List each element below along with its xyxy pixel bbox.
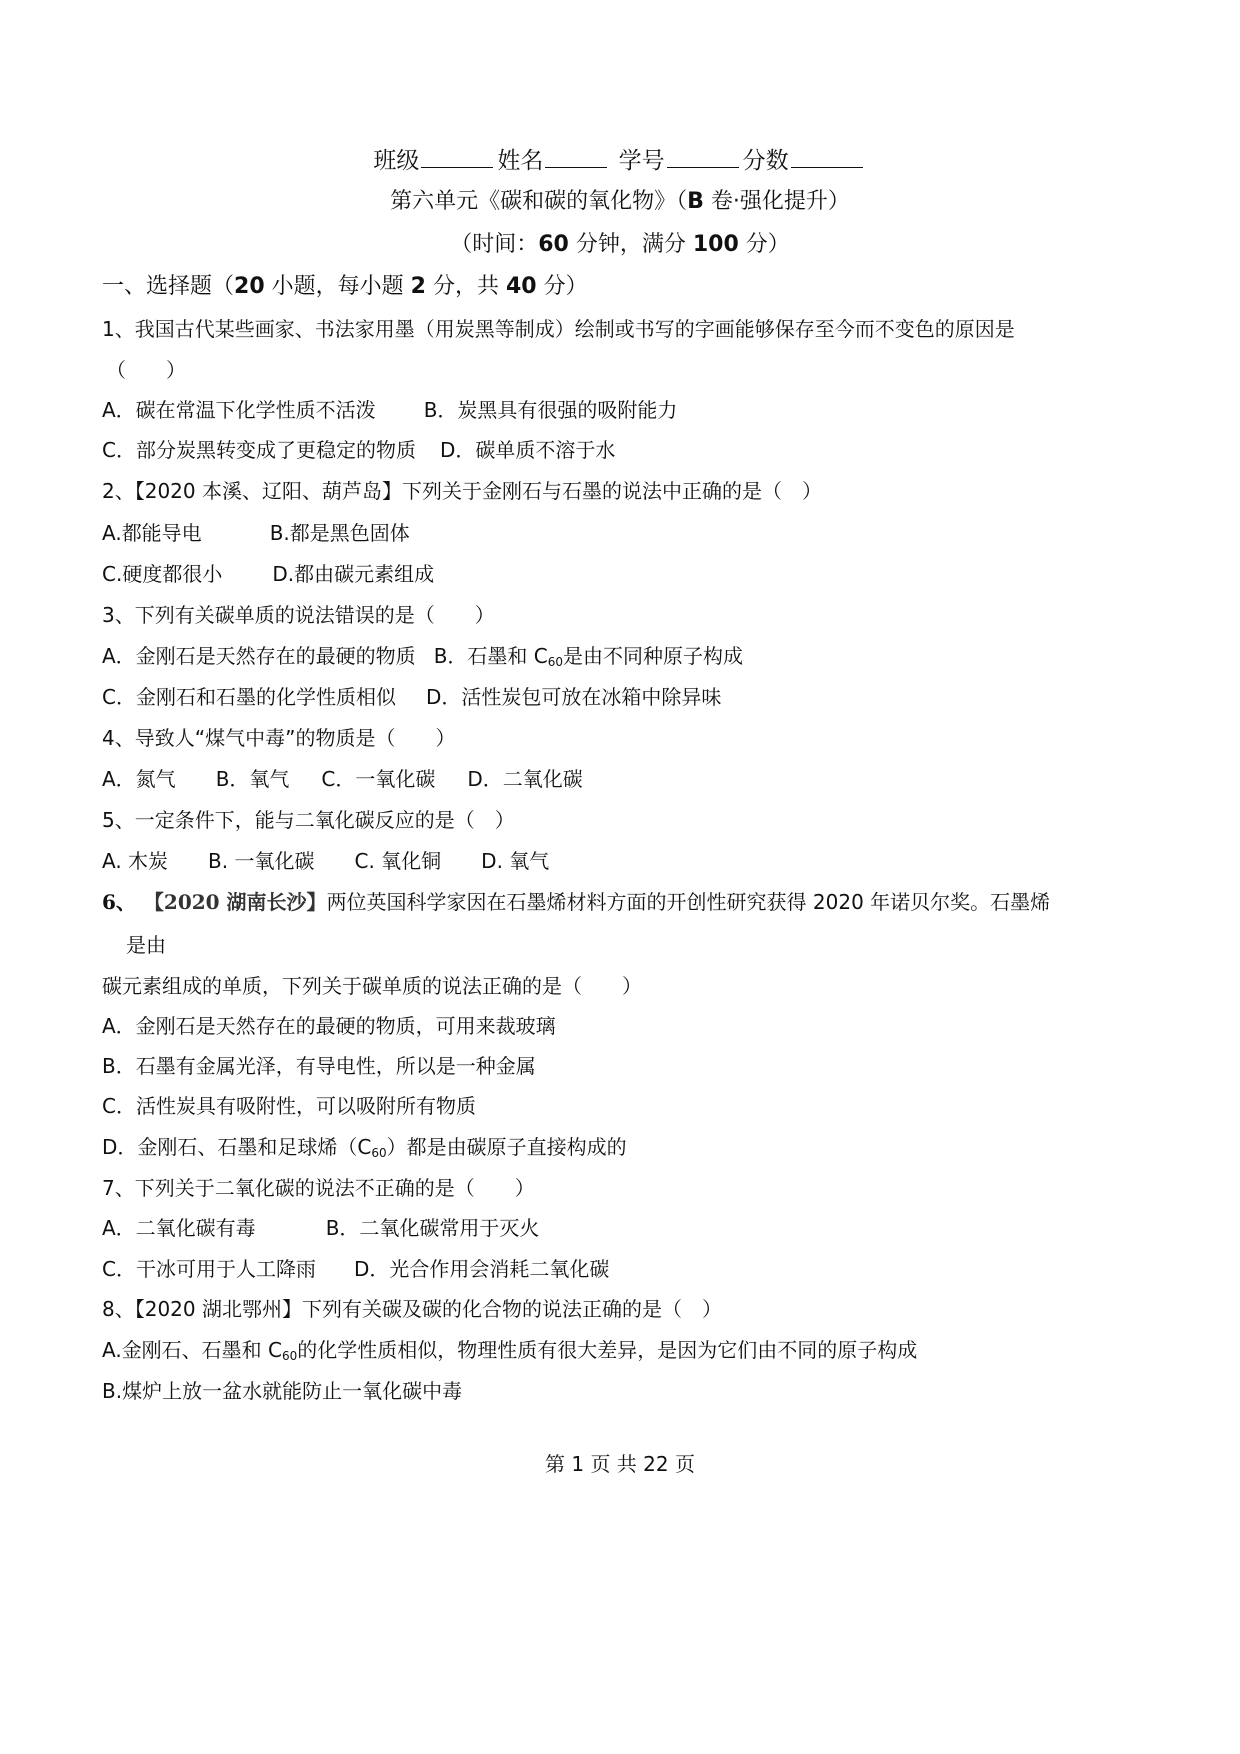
question-6-text: 两位英国科学家因在石墨烯材料方面的开创性研究获得 2020 年诺贝尔奖。石墨烯 — [327, 890, 1051, 914]
subscript-60: 60 — [548, 655, 563, 669]
option-c[interactable]: C．干冰可用于人工降雨 — [102, 1257, 316, 1281]
option-a-text: A.金刚石、石墨和 C — [102, 1338, 282, 1362]
question-6-option-a[interactable]: A．金刚石是天然存在的最硬的物质，可用来裁玻璃 — [102, 1012, 556, 1040]
title-volume-letter: B — [687, 189, 704, 214]
option-b[interactable]: B．炭黑具有很强的吸附能力 — [424, 398, 678, 422]
option-c[interactable]: C．部分炭黑转变成了更稳定的物质 — [102, 438, 416, 462]
time-prefix: （时间： — [450, 232, 538, 257]
question-6-option-b[interactable]: B．石墨有金属光泽，有导电性，所以是一种金属 — [102, 1052, 536, 1080]
option-a[interactable]: A．碳在常温下化学性质不活泼 — [102, 398, 376, 422]
question-7-options-row-1: A．二氧化碳有毒B．二氧化碳常用于灭火 — [102, 1214, 539, 1242]
question-1-answer-blank[interactable]: （ ） — [106, 356, 186, 384]
question-7-options-row-2: C．干冰可用于人工降雨D．光合作用会消耗二氧化碳 — [102, 1255, 609, 1283]
question-6-stem-cont-2: 碳元素组成的单质，下列关于碳单质的说法正确的是（ ） — [102, 972, 642, 1000]
score-blank[interactable] — [791, 145, 863, 168]
question-3-options-row-2: C．金刚石和石墨的化学性质相似D．活性炭包可放在冰箱中除异味 — [102, 683, 721, 711]
option-a-text-cont: 的化学性质相似，物理性质有很大差异，是因为它们由不同的原子构成 — [297, 1338, 917, 1362]
class-label: 班级 — [373, 148, 419, 174]
student-info-line: 班级姓名 学号分数 — [0, 145, 1240, 175]
option-c[interactable]: C.硬度都很小 — [102, 562, 222, 586]
section-heading: 一、选择题（20 小题，每小题 2 分，共 40 分） — [102, 273, 588, 301]
full-score: 100 — [693, 232, 739, 257]
subscript-60: 60 — [371, 1146, 386, 1160]
section-mid1: 小题，每小题 — [265, 274, 411, 299]
section-suffix: 分） — [537, 274, 588, 299]
question-5-options: A. 木炭B. 一氧化碳C. 氧化铜D. 氧气 — [102, 847, 549, 875]
points-total: 40 — [506, 274, 537, 299]
question-2-stem: 2、【2020 本溪、辽阳、葫芦岛】下列关于金刚石与石墨的说法中正确的是（ ） — [102, 477, 822, 505]
question-1-stem: 1、我国古代某些画家、书法家用墨（用炭黑等制成）绘制或书写的字画能够保存至今而不… — [102, 315, 1015, 343]
option-d[interactable]: D. 氧气 — [481, 849, 549, 873]
option-c[interactable]: C．一氧化碳 — [321, 767, 435, 791]
option-b[interactable]: B. 一氧化碳 — [208, 849, 314, 873]
time-mid: 分钟，满分 — [569, 232, 693, 257]
question-3-stem: 3、下列有关碳单质的说法错误的是（ ） — [102, 601, 495, 629]
question-6-number: 6、 — [102, 890, 136, 914]
option-b[interactable]: B.都是黑色固体 — [270, 521, 410, 545]
question-1-options-row-1: A．碳在常温下化学性质不活泼B．炭黑具有很强的吸附能力 — [102, 396, 677, 424]
title-prefix: 第六单元《碳和碳的氧化物》（ — [390, 189, 687, 214]
question-count: 20 — [234, 274, 265, 299]
question-2-options-row-1: A.都能导电B.都是黑色固体 — [102, 519, 410, 547]
option-c[interactable]: C．金刚石和石墨的化学性质相似 — [102, 685, 396, 709]
question-1-options-row-2: C．部分炭黑转变成了更稳定的物质D．碳单质不溶于水 — [102, 436, 615, 464]
question-6-stem-cont: 是由 — [126, 931, 166, 959]
class-blank[interactable] — [421, 145, 493, 168]
name-label: 姓名 — [497, 148, 543, 174]
page-number-footer: 第 1 页 共 22 页 — [0, 1450, 1240, 1478]
option-d-text: D．金刚石、石墨和足球烯（C — [102, 1135, 371, 1159]
question-6-option-c[interactable]: C．活性炭具有吸附性，可以吸附所有物质 — [102, 1092, 476, 1120]
points-each: 2 — [411, 274, 426, 299]
option-d[interactable]: D．活性炭包可放在冰箱中除异味 — [426, 685, 721, 709]
question-6-source: 【2020 湖南长沙】 — [144, 890, 327, 914]
question-3-options-row-1: A．金刚石是天然存在的最硬的物质B．石墨和 C60是由不同种原子构成 — [102, 642, 743, 676]
option-b-text-cont: 是由不同种原子构成 — [563, 644, 743, 668]
question-6-stem: 6、【2020 湖南长沙】两位英国科学家因在石墨烯材料方面的开创性研究获得 20… — [102, 888, 1050, 916]
option-c[interactable]: C. 氧化铜 — [354, 849, 441, 873]
subscript-60: 60 — [282, 1349, 297, 1363]
question-6-option-d[interactable]: D．金刚石、石墨和足球烯（C60）都是由碳原子直接构成的 — [102, 1133, 627, 1167]
time-suffix: 分） — [739, 232, 790, 257]
option-d[interactable]: D．碳单质不溶于水 — [440, 438, 615, 462]
question-5-stem: 5、一定条件下，能与二氧化碳反应的是（ ） — [102, 806, 515, 834]
question-4-stem: 4、导致人“煤气中毒”的物质是（ ） — [102, 724, 455, 752]
option-d-text-cont: ）都是由碳原子直接构成的 — [387, 1135, 627, 1159]
time-minutes: 60 — [538, 232, 569, 257]
page-title: 第六单元《碳和碳的氧化物》（B 卷·强化提升） — [0, 188, 1240, 216]
document-page: 班级姓名 学号分数 第六单元《碳和碳的氧化物》（B 卷·强化提升） （时间：60… — [0, 0, 1240, 1754]
question-8-option-b[interactable]: B.煤炉上放一盆水就能防止一氧化碳中毒 — [102, 1377, 462, 1405]
time-info: （时间：60 分钟，满分 100 分） — [0, 231, 1240, 259]
option-b[interactable]: B．石墨和 C60是由不同种原子构成 — [434, 644, 743, 668]
option-b-text: B．石墨和 C — [434, 644, 548, 668]
option-b[interactable]: B．二氧化碳常用于灭火 — [326, 1216, 540, 1240]
student-id-label: 学号 — [619, 148, 665, 174]
option-a[interactable]: A.都能导电 — [102, 521, 202, 545]
score-label: 分数 — [743, 148, 789, 174]
title-suffix: 卷·强化提升） — [704, 189, 850, 214]
section-mid2: 分，共 — [426, 274, 506, 299]
question-7-stem: 7、下列关于二氧化碳的说法不正确的是（ ） — [102, 1174, 535, 1202]
question-2-options-row-2: C.硬度都很小D.都由碳元素组成 — [102, 560, 434, 588]
option-d[interactable]: D.都由碳元素组成 — [272, 562, 434, 586]
section-prefix: 一、选择题（ — [102, 274, 234, 299]
name-blank[interactable] — [545, 145, 607, 168]
option-a[interactable]: A．二氧化碳有毒 — [102, 1216, 256, 1240]
option-a[interactable]: A．氮气 — [102, 767, 176, 791]
question-8-stem: 8、【2020 湖北鄂州】下列有关碳及碳的化合物的说法正确的是（ ） — [102, 1295, 722, 1323]
option-d[interactable]: D．二氧化碳 — [467, 767, 582, 791]
option-a[interactable]: A. 木炭 — [102, 849, 168, 873]
question-8-option-a[interactable]: A.金刚石、石墨和 C60的化学性质相似，物理性质有很大差异，是因为它们由不同的… — [102, 1336, 917, 1370]
option-b[interactable]: B．氧气 — [216, 767, 290, 791]
option-d[interactable]: D．光合作用会消耗二氧化碳 — [354, 1257, 609, 1281]
question-4-options: A．氮气B．氧气C．一氧化碳D．二氧化碳 — [102, 765, 583, 793]
student-id-blank[interactable] — [667, 145, 739, 168]
option-a[interactable]: A．金刚石是天然存在的最硬的物质 — [102, 644, 416, 668]
